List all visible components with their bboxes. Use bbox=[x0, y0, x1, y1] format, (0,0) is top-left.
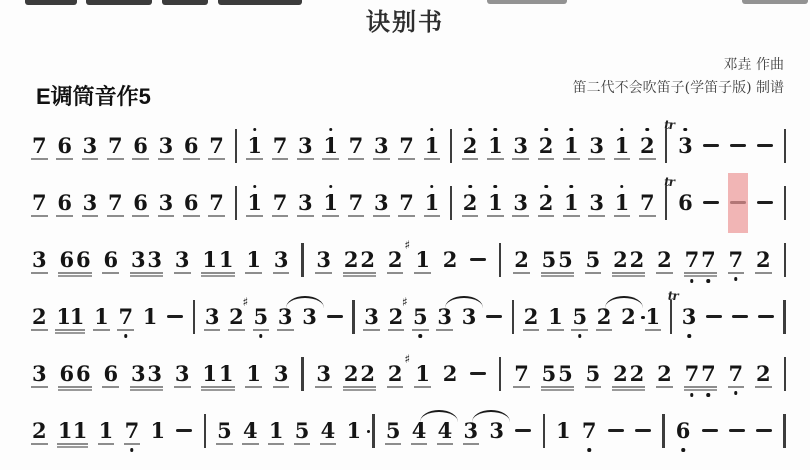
note: 5 bbox=[558, 249, 573, 271]
note: 1 bbox=[646, 306, 661, 328]
page-title: 诀别书 bbox=[0, 2, 810, 37]
barline bbox=[301, 243, 303, 277]
note: 1 bbox=[564, 192, 579, 214]
note: 2 bbox=[613, 249, 628, 271]
music-lines: 7637636717317371213213123tr7637636717317… bbox=[30, 117, 788, 459]
sharp-sign: ♯ bbox=[402, 297, 408, 307]
dash-rest bbox=[176, 419, 192, 443]
note: 7 bbox=[582, 420, 597, 442]
note: 3 bbox=[364, 306, 379, 328]
sharp-sign: ♯ bbox=[404, 240, 410, 250]
note: 3 bbox=[147, 363, 162, 385]
note: 3 bbox=[83, 192, 98, 214]
note: 1♯ bbox=[415, 363, 430, 385]
note: 5 bbox=[542, 363, 557, 385]
note: 3 bbox=[147, 249, 162, 271]
note: 1 bbox=[70, 306, 85, 328]
note: 2 bbox=[388, 363, 403, 385]
note: 3 bbox=[298, 135, 313, 157]
note: 6tr bbox=[678, 192, 693, 214]
note: 1 bbox=[556, 420, 571, 442]
note: 2 bbox=[621, 306, 636, 328]
octave-dot-below bbox=[587, 448, 591, 452]
octave-dot-below bbox=[734, 277, 738, 281]
dash-rest bbox=[515, 419, 531, 443]
note: 2 bbox=[539, 135, 554, 157]
note: 3 bbox=[437, 306, 452, 328]
music-line: 211171325♯33325♯332152213tr bbox=[30, 288, 788, 345]
dash-rest bbox=[470, 248, 486, 272]
barline bbox=[450, 186, 452, 220]
barline bbox=[372, 414, 374, 448]
note: 1 bbox=[202, 363, 217, 385]
barline bbox=[665, 129, 667, 163]
note: 1 bbox=[564, 135, 579, 157]
note: 1 bbox=[219, 249, 234, 271]
note: 1 bbox=[323, 192, 338, 214]
note: 7 bbox=[729, 363, 744, 385]
dash-rest bbox=[167, 305, 183, 329]
note: 7 bbox=[125, 420, 140, 442]
barline bbox=[665, 186, 667, 220]
octave-dot-below bbox=[124, 334, 128, 338]
barline bbox=[670, 300, 672, 334]
note: 1 bbox=[425, 192, 440, 214]
note: 1 bbox=[269, 420, 284, 442]
note: 3 bbox=[513, 192, 528, 214]
note: 3tr bbox=[682, 306, 697, 328]
octave-dot-above bbox=[430, 185, 434, 189]
sharp-sign: ♯ bbox=[243, 297, 249, 307]
octave-dot-below bbox=[681, 448, 685, 452]
dash-rest bbox=[608, 419, 624, 443]
note: 7 bbox=[685, 363, 700, 385]
key-signature-label: E调筒音作5 bbox=[36, 80, 151, 111]
sharp-sign: ♯ bbox=[404, 354, 410, 364]
note: 2 bbox=[443, 363, 458, 385]
dash-rest bbox=[732, 305, 748, 329]
barline bbox=[204, 414, 206, 448]
octave-dot-above bbox=[494, 128, 498, 132]
note: 4 bbox=[412, 420, 427, 442]
note: 1 bbox=[73, 420, 88, 442]
note: 3 bbox=[589, 192, 604, 214]
note: 2 bbox=[389, 306, 404, 328]
note: 7 bbox=[701, 363, 716, 385]
music-line: 7637636717317371213213123tr bbox=[30, 117, 788, 174]
note: 2 bbox=[597, 306, 612, 328]
dash-rest bbox=[702, 419, 718, 443]
trill-mark: tr bbox=[664, 118, 674, 132]
note: 7 bbox=[349, 192, 364, 214]
note: 1 bbox=[615, 135, 630, 157]
note: 3 bbox=[32, 363, 47, 385]
note: 3 bbox=[302, 306, 317, 328]
note: 3 bbox=[464, 420, 479, 442]
note: 3 bbox=[131, 249, 146, 271]
note: 3 bbox=[131, 363, 146, 385]
note: 5 bbox=[586, 249, 601, 271]
barline bbox=[450, 129, 452, 163]
note: 2 bbox=[630, 363, 645, 385]
dash-rest bbox=[703, 134, 719, 158]
note: 2 bbox=[344, 249, 359, 271]
note: 7 bbox=[273, 135, 288, 157]
note: 2 bbox=[657, 363, 672, 385]
note: 2 bbox=[32, 420, 47, 442]
barline bbox=[301, 357, 303, 391]
note: 7 bbox=[514, 363, 529, 385]
note: 1 bbox=[219, 363, 234, 385]
composer-credit: 邓垚 作曲 bbox=[573, 54, 784, 77]
note: 5♯ bbox=[413, 306, 428, 328]
note: 6 bbox=[57, 135, 72, 157]
octave-dot-above bbox=[329, 185, 333, 189]
octave-dot-above bbox=[329, 128, 333, 132]
barline bbox=[512, 300, 514, 334]
dash-rest bbox=[486, 305, 502, 329]
dash-rest bbox=[757, 134, 773, 158]
octave-dot-below bbox=[707, 279, 711, 283]
barline bbox=[662, 414, 664, 448]
score-sheet: 诀别书 邓垚 作曲 笛二代不会吹笛子(学笛子版) 制谱 E调筒音作5 76376… bbox=[0, 0, 810, 470]
note: 3 bbox=[462, 306, 477, 328]
octave-dot-below bbox=[707, 393, 711, 397]
dash-rest bbox=[635, 419, 651, 443]
octave-dot-above bbox=[570, 185, 574, 189]
octave-dot-above bbox=[544, 128, 548, 132]
note: 1 bbox=[615, 192, 630, 214]
note: 5 bbox=[542, 249, 557, 271]
octave-dot-above bbox=[570, 128, 574, 132]
octave-dot-below bbox=[130, 448, 134, 452]
note: 5 bbox=[217, 420, 232, 442]
note: 6 bbox=[103, 249, 118, 271]
note: 3 bbox=[513, 135, 528, 157]
music-line: 3666333111332221♯225552227772 bbox=[30, 231, 788, 288]
note: 2 bbox=[514, 249, 529, 271]
note: 2 bbox=[443, 249, 458, 271]
barline bbox=[352, 300, 354, 334]
dash-rest bbox=[470, 362, 486, 386]
note: 7 bbox=[108, 135, 123, 157]
note: 6 bbox=[76, 249, 91, 271]
music-line: 21117154154154433176 bbox=[30, 402, 788, 459]
note: 7 bbox=[399, 135, 414, 157]
octave-dot-below bbox=[687, 334, 691, 338]
notation-credit: 笛二代不会吹笛子(学笛子版) 制谱 bbox=[573, 77, 784, 100]
note: 4 bbox=[438, 420, 453, 442]
barline bbox=[235, 129, 237, 163]
barline bbox=[784, 357, 786, 391]
octave-dot-below bbox=[578, 334, 582, 338]
note: 6 bbox=[59, 363, 74, 385]
note: 3 bbox=[175, 249, 190, 271]
note: 1 bbox=[150, 420, 165, 442]
note: 5 bbox=[386, 420, 401, 442]
note: 1 bbox=[58, 420, 73, 442]
note: 2 bbox=[360, 249, 375, 271]
note: 7 bbox=[108, 192, 123, 214]
barline bbox=[499, 357, 501, 391]
note: 3 bbox=[589, 135, 604, 157]
note: 3tr bbox=[678, 135, 693, 157]
barline bbox=[784, 129, 786, 163]
note: 1 bbox=[247, 135, 262, 157]
trill-mark: tr bbox=[668, 289, 678, 303]
note: 5♯ bbox=[254, 306, 269, 328]
note: 7 bbox=[209, 135, 224, 157]
dash-rest bbox=[729, 419, 745, 443]
note: 1 bbox=[425, 135, 440, 157]
note: 5 bbox=[295, 420, 310, 442]
barline bbox=[784, 243, 786, 277]
dash-rest bbox=[730, 191, 746, 215]
music-line: 3666333111332221♯275552227772 bbox=[30, 345, 788, 402]
augmentation-dot bbox=[641, 316, 645, 320]
note: 5 bbox=[586, 363, 601, 385]
note: 1 bbox=[488, 192, 503, 214]
note: 1 bbox=[99, 420, 114, 442]
note: 3 bbox=[489, 420, 504, 442]
dash-rest bbox=[730, 134, 746, 158]
note: 3 bbox=[159, 135, 174, 157]
octave-dot-above bbox=[468, 128, 472, 132]
barline bbox=[235, 186, 237, 220]
note: 2 bbox=[388, 249, 403, 271]
note: 7 bbox=[118, 306, 133, 328]
note: 7 bbox=[701, 249, 716, 271]
note: 1 bbox=[246, 249, 261, 271]
note: 6 bbox=[57, 192, 72, 214]
barline bbox=[783, 414, 785, 448]
note: 6 bbox=[184, 135, 199, 157]
note: 6 bbox=[59, 249, 74, 271]
note: 6 bbox=[133, 192, 148, 214]
barline bbox=[543, 414, 545, 448]
note: 2 bbox=[756, 249, 771, 271]
note: 2 bbox=[539, 192, 554, 214]
note: 7 bbox=[32, 135, 47, 157]
note: 4 bbox=[243, 420, 258, 442]
note: 2 bbox=[756, 363, 771, 385]
barline bbox=[499, 243, 501, 277]
note: 3 bbox=[159, 192, 174, 214]
note: 3 bbox=[274, 249, 289, 271]
trill-mark: tr bbox=[664, 175, 674, 189]
note: 2 bbox=[657, 249, 672, 271]
credits-block: 邓垚 作曲 笛二代不会吹笛子(学笛子版) 制谱 bbox=[573, 54, 784, 100]
note: 6 bbox=[133, 135, 148, 157]
note: 7 bbox=[640, 192, 655, 214]
octave-dot-above bbox=[684, 128, 688, 132]
note: 7 bbox=[349, 135, 364, 157]
octave-dot-above bbox=[430, 128, 434, 132]
dash-rest bbox=[758, 305, 774, 329]
note: 6 bbox=[103, 363, 118, 385]
note: 1 bbox=[247, 192, 262, 214]
note: 4 bbox=[321, 420, 336, 442]
octave-dot-above bbox=[253, 185, 257, 189]
dash-rest bbox=[757, 191, 773, 215]
octave-dot-below bbox=[734, 391, 738, 395]
note: 2 bbox=[630, 249, 645, 271]
dash-rest bbox=[327, 305, 343, 329]
dash-rest bbox=[703, 191, 719, 215]
note: 1 bbox=[488, 135, 503, 157]
note: 7 bbox=[729, 249, 744, 271]
note: 2 bbox=[229, 306, 244, 328]
note: 2 bbox=[463, 135, 478, 157]
note: 2 bbox=[344, 363, 359, 385]
note: 1 bbox=[323, 135, 338, 157]
octave-dot-above bbox=[494, 185, 498, 189]
barline bbox=[783, 300, 785, 334]
note: 3 bbox=[83, 135, 98, 157]
note: 2 bbox=[640, 135, 655, 157]
octave-dot-above bbox=[468, 185, 472, 189]
note: 1 bbox=[246, 363, 261, 385]
note: 7 bbox=[209, 192, 224, 214]
note: 2 bbox=[463, 192, 478, 214]
note: 3 bbox=[278, 306, 293, 328]
note: 1 bbox=[94, 306, 109, 328]
note: 6 bbox=[184, 192, 199, 214]
octave-dot-above bbox=[620, 185, 624, 189]
note: 3 bbox=[274, 363, 289, 385]
note: 1♯ bbox=[415, 249, 430, 271]
octave-dot-below bbox=[690, 279, 694, 283]
octave-dot-below bbox=[259, 334, 263, 338]
note: 3 bbox=[316, 363, 331, 385]
note: 1 bbox=[347, 420, 362, 442]
octave-dot-above bbox=[620, 128, 624, 132]
note: 6 bbox=[676, 420, 691, 442]
note: 5 bbox=[572, 306, 587, 328]
note: 7 bbox=[685, 249, 700, 271]
note: 2 bbox=[613, 363, 628, 385]
octave-dot-below bbox=[419, 334, 423, 338]
note: 7 bbox=[273, 192, 288, 214]
note: 3 bbox=[205, 306, 220, 328]
note: 2 bbox=[32, 306, 47, 328]
note: 3 bbox=[316, 249, 331, 271]
note: 2 bbox=[360, 363, 375, 385]
dash-rest bbox=[756, 419, 772, 443]
octave-dot-above bbox=[646, 128, 650, 132]
octave-dot-above bbox=[544, 185, 548, 189]
barline bbox=[784, 186, 786, 220]
note: 3 bbox=[175, 363, 190, 385]
note: 1 bbox=[548, 306, 563, 328]
note: 2 bbox=[524, 306, 539, 328]
dash-rest bbox=[706, 305, 722, 329]
note: 3 bbox=[374, 192, 389, 214]
augmentation-dot bbox=[367, 430, 371, 434]
note: 5 bbox=[558, 363, 573, 385]
barline bbox=[193, 300, 195, 334]
note: 3 bbox=[32, 249, 47, 271]
note: 3 bbox=[298, 192, 313, 214]
note: 1 bbox=[202, 249, 217, 271]
note: 3 bbox=[374, 135, 389, 157]
music-line: 7637636717317371213213176tr bbox=[30, 174, 788, 231]
note: 7 bbox=[32, 192, 47, 214]
octave-dot-above bbox=[253, 128, 257, 132]
note: 1 bbox=[143, 306, 158, 328]
octave-dot-below bbox=[690, 393, 694, 397]
note: 7 bbox=[399, 192, 414, 214]
note: 6 bbox=[76, 363, 91, 385]
